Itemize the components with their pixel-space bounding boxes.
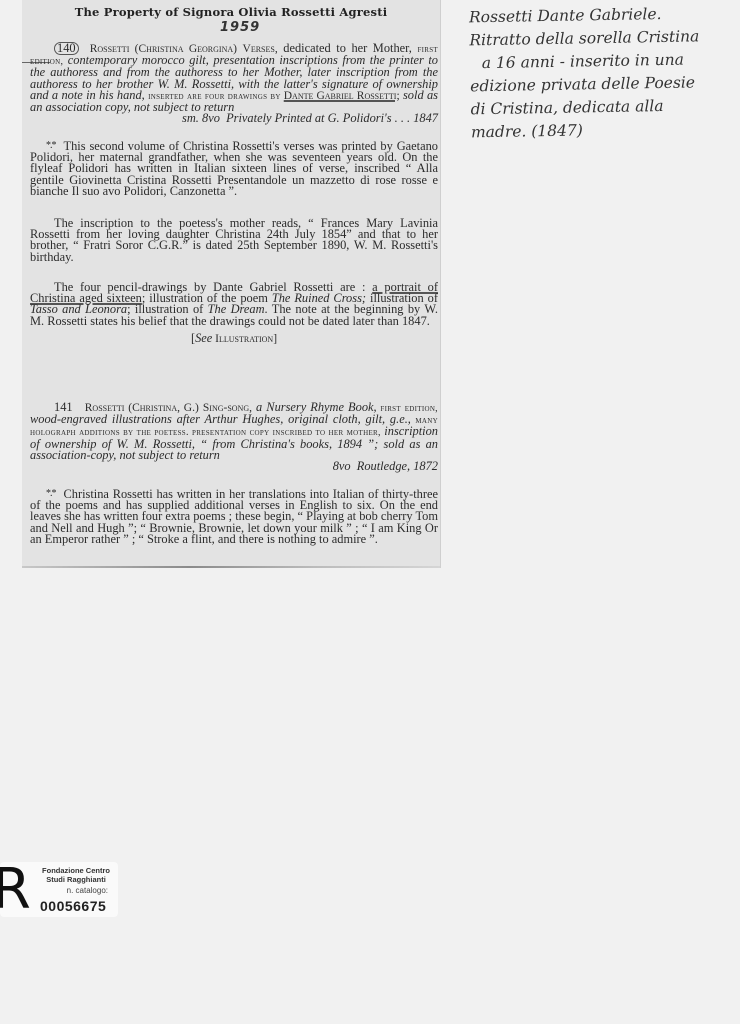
lot-140-note-2: The inscription to the poetess's mother … [30, 218, 438, 263]
archive-org-name: Fondazione Centro Studi Ragghianti [36, 866, 116, 884]
clipping-edge [22, 566, 440, 568]
lot-140-note-1: *.*This second volume of Christina Rosse… [30, 140, 438, 197]
see-illustration: [See Illustration] [30, 333, 438, 345]
artist-name-underlined: Dante Gabriel Rossetti; [284, 90, 400, 102]
catalog-number: 00056675 [40, 898, 106, 914]
handwritten-year: 1959 [220, 20, 260, 35]
catalog-clipping: The Property of Signora Olivia Rossetti … [22, 0, 441, 568]
lot-141-note: *.*Christina Rossetti has written in her… [30, 488, 438, 545]
catalog-label: n. catalogo: [52, 886, 108, 895]
lot-141-entry: 141 Rossetti (Christina, G.) Sing-song, … [30, 402, 438, 472]
lot-140-note-3: The four pencil-drawings by Dante Gabrie… [30, 282, 438, 345]
handwritten-annotation: Rossetti Dante Gabriele. Ritratto della … [469, 2, 740, 145]
imprint: Privately Printed at G. Polidori's . . .… [226, 111, 438, 125]
lot-140-entry: 140 Rossetti (Christina Georgina) Verses… [30, 42, 438, 124]
provenance-header: The Property of Signora Olivia Rossetti … [22, 5, 440, 19]
foundation-logo-icon: R [0, 862, 22, 918]
